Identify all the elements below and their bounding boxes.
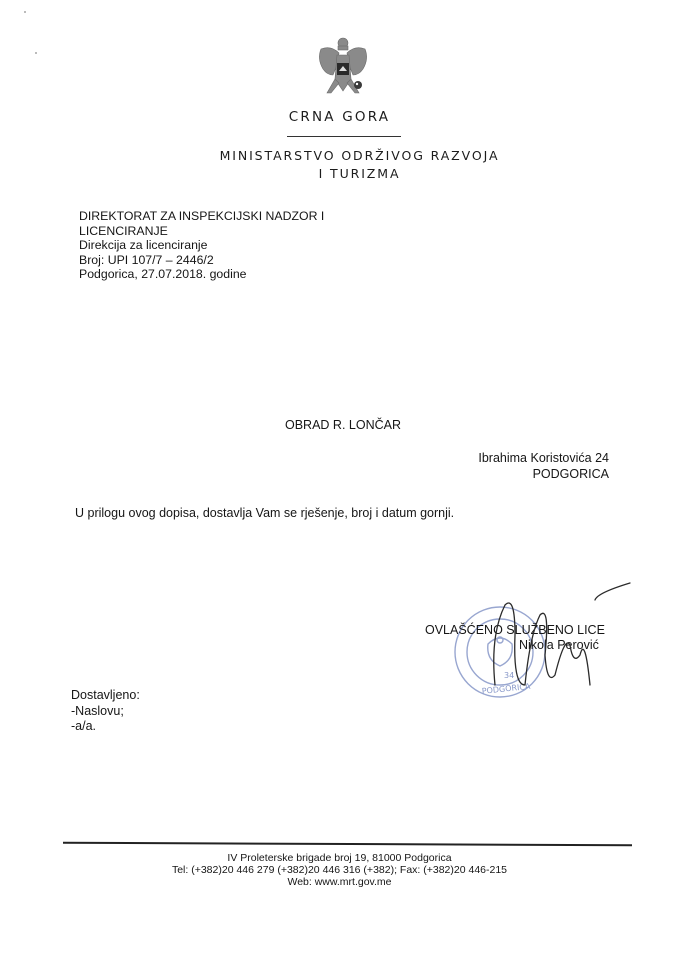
letter-body: U prilogu ovog dopisa, dostavlja Vam se … <box>75 506 454 520</box>
distribution-list: Dostavljeno: -Naslovu; -a/a. <box>71 688 140 735</box>
directorate-line-1: DIREKTORAT ZA INSPEKCIJSKI NADZOR I <box>79 209 324 224</box>
ministry-line-1: MINISTARSTVO ODRŽIVOG RAZVOJA <box>0 147 679 165</box>
footer: IV Proleterske brigade broj 19, 81000 Po… <box>0 852 679 889</box>
recipient-name: OBRAD R. LONČAR <box>285 418 401 432</box>
ministry-line-2: I TURIZMA <box>0 165 679 183</box>
distribution-item: -Naslovu; <box>71 704 140 720</box>
country-name: CRNA GORA <box>0 109 679 125</box>
distribution-item: -a/a. <box>71 719 140 735</box>
ministry-name: MINISTARSTVO ODRŽIVOG RAZVOJA I TURIZMA <box>0 147 679 183</box>
footer-divider <box>63 842 632 846</box>
footer-contact: Tel: (+382)20 446 279 (+382)20 446 316 (… <box>0 864 679 876</box>
recipient-city: PODGORICA <box>478 466 609 482</box>
scan-specks <box>20 8 50 58</box>
distribution-label: Dostavljeno: <box>71 688 140 704</box>
footer-address: IV Proleterske brigade broj 19, 81000 Po… <box>0 852 679 864</box>
coat-of-arms-icon <box>313 35 373 105</box>
reference-number: Broj: UPI 107/7 – 2446/2 <box>79 253 324 268</box>
recipient-address: Ibrahima Koristovića 24 PODGORICA <box>478 450 609 482</box>
sender-block: DIREKTORAT ZA INSPEKCIJSKI NADZOR I LICE… <box>79 209 324 282</box>
letterhead-divider <box>287 136 401 137</box>
footer-web[interactable]: Web: www.mrt.gov.me <box>0 876 679 888</box>
directorate-line-2: LICENCIRANJE <box>79 224 324 239</box>
department: Direkcija za licenciranje <box>79 238 324 253</box>
recipient-street: Ibrahima Koristovića 24 <box>478 450 609 466</box>
handwritten-signature <box>465 575 635 710</box>
place-date: Podgorica, 27.07.2018. godine <box>79 267 324 282</box>
